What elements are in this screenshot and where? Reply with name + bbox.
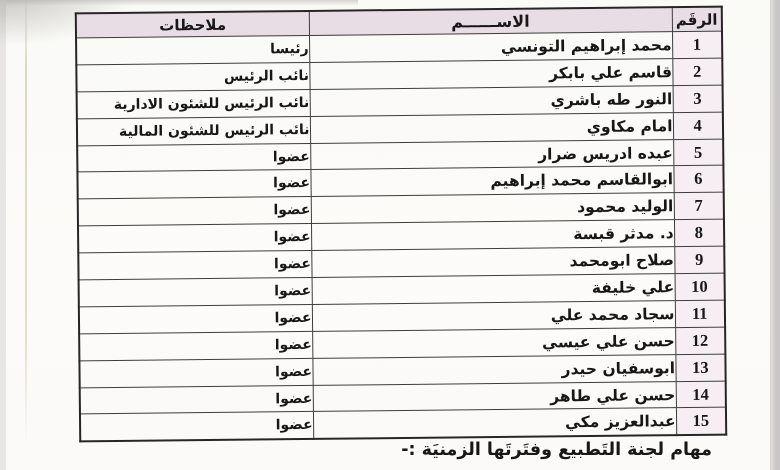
cell-number: 14 [676,381,726,408]
cell-name: علي خليفة [312,274,675,305]
column-header-name: الاســــــم [309,7,672,35]
cell-name: ابوسفيان حيدر [312,354,675,385]
cell-number: 1 [672,31,722,58]
scan-top-edge-shadow [6,0,358,6]
cell-number: 9 [674,246,724,273]
cell-name: حسن علي عيسي [312,327,675,358]
cell-number: 13 [675,354,725,381]
cell-name: امام مكاوي [310,112,673,143]
cell-notes: عضوا [79,358,312,387]
column-header-number: الرقَم [672,7,722,32]
cell-name: ابوالقاسم محمد إبراهيم [310,166,673,197]
cell-notes: عضوا [79,304,312,333]
cell-notes: نائب الرئيس [76,62,309,91]
document-page: الرقَم الاســــــم ملاحظات 1محمد إبراهيم… [6,0,772,470]
cell-notes: عضوا [80,412,313,442]
cell-number: 8 [674,219,724,246]
cell-notes: عضوا [78,197,311,226]
cell-number: 10 [675,273,725,300]
cell-notes: عضوا [79,331,312,360]
cell-number: 2 [672,58,722,85]
cell-notes: عضوا [80,385,313,414]
column-header-notes: ملاحظات [76,11,309,38]
cell-name: حسن علي طاهر [313,381,676,412]
committee-members-table: الرقَم الاســــــم ملاحظات 1محمد إبراهيم… [75,6,727,443]
cell-notes: عضوا [77,143,310,172]
cell-name: سجاد محمد علي [312,301,675,332]
page-crease-line [25,0,27,448]
section-title: مهام لجنة التَطبيع وفتَرتَها الزمنيَة :- [401,440,712,460]
cell-number: 15 [676,408,726,436]
table-row: 15عبدالعزيز مكيعضوا [80,408,726,442]
cell-name: الوليد محمود [311,193,674,224]
cell-name: قاسم علي بابكر [309,59,672,90]
cell-notes: عضوا [78,251,311,280]
scan-right-edge [770,0,780,470]
cell-number: 7 [674,192,724,219]
cell-notes: نائب الرئيس للشئون المالية [77,116,310,145]
cell-name: عبده ادريس ضرار [310,139,673,170]
cell-notes: عضوا [77,170,310,199]
table-body: 1محمد إبراهيم التونسيرئيسا2قاسم علي بابك… [76,31,726,442]
cell-name: محمد إبراهيم التونسي [309,32,672,63]
cell-number: 5 [673,139,723,166]
cell-name: عبدالعزيز مكي [313,408,676,439]
cell-number: 11 [675,300,725,327]
cell-notes: عضوا [79,277,312,306]
scanned-document: الرقَم الاســــــم ملاحظات 1محمد إبراهيم… [0,0,780,470]
cell-name: د. مدثر قبسة [311,220,674,251]
cell-notes: نائب الرئيس للشئون الادارية [77,89,310,118]
cell-notes: عضوا [78,224,311,253]
cell-number: 6 [673,166,723,193]
cell-number: 3 [673,85,723,112]
cell-name: النور طه باشري [310,85,673,116]
cell-number: 12 [675,327,725,354]
cell-number: 4 [673,112,723,139]
cell-name: صلاح ابومحمد [311,247,674,278]
cell-notes: رئيسا [76,35,309,64]
